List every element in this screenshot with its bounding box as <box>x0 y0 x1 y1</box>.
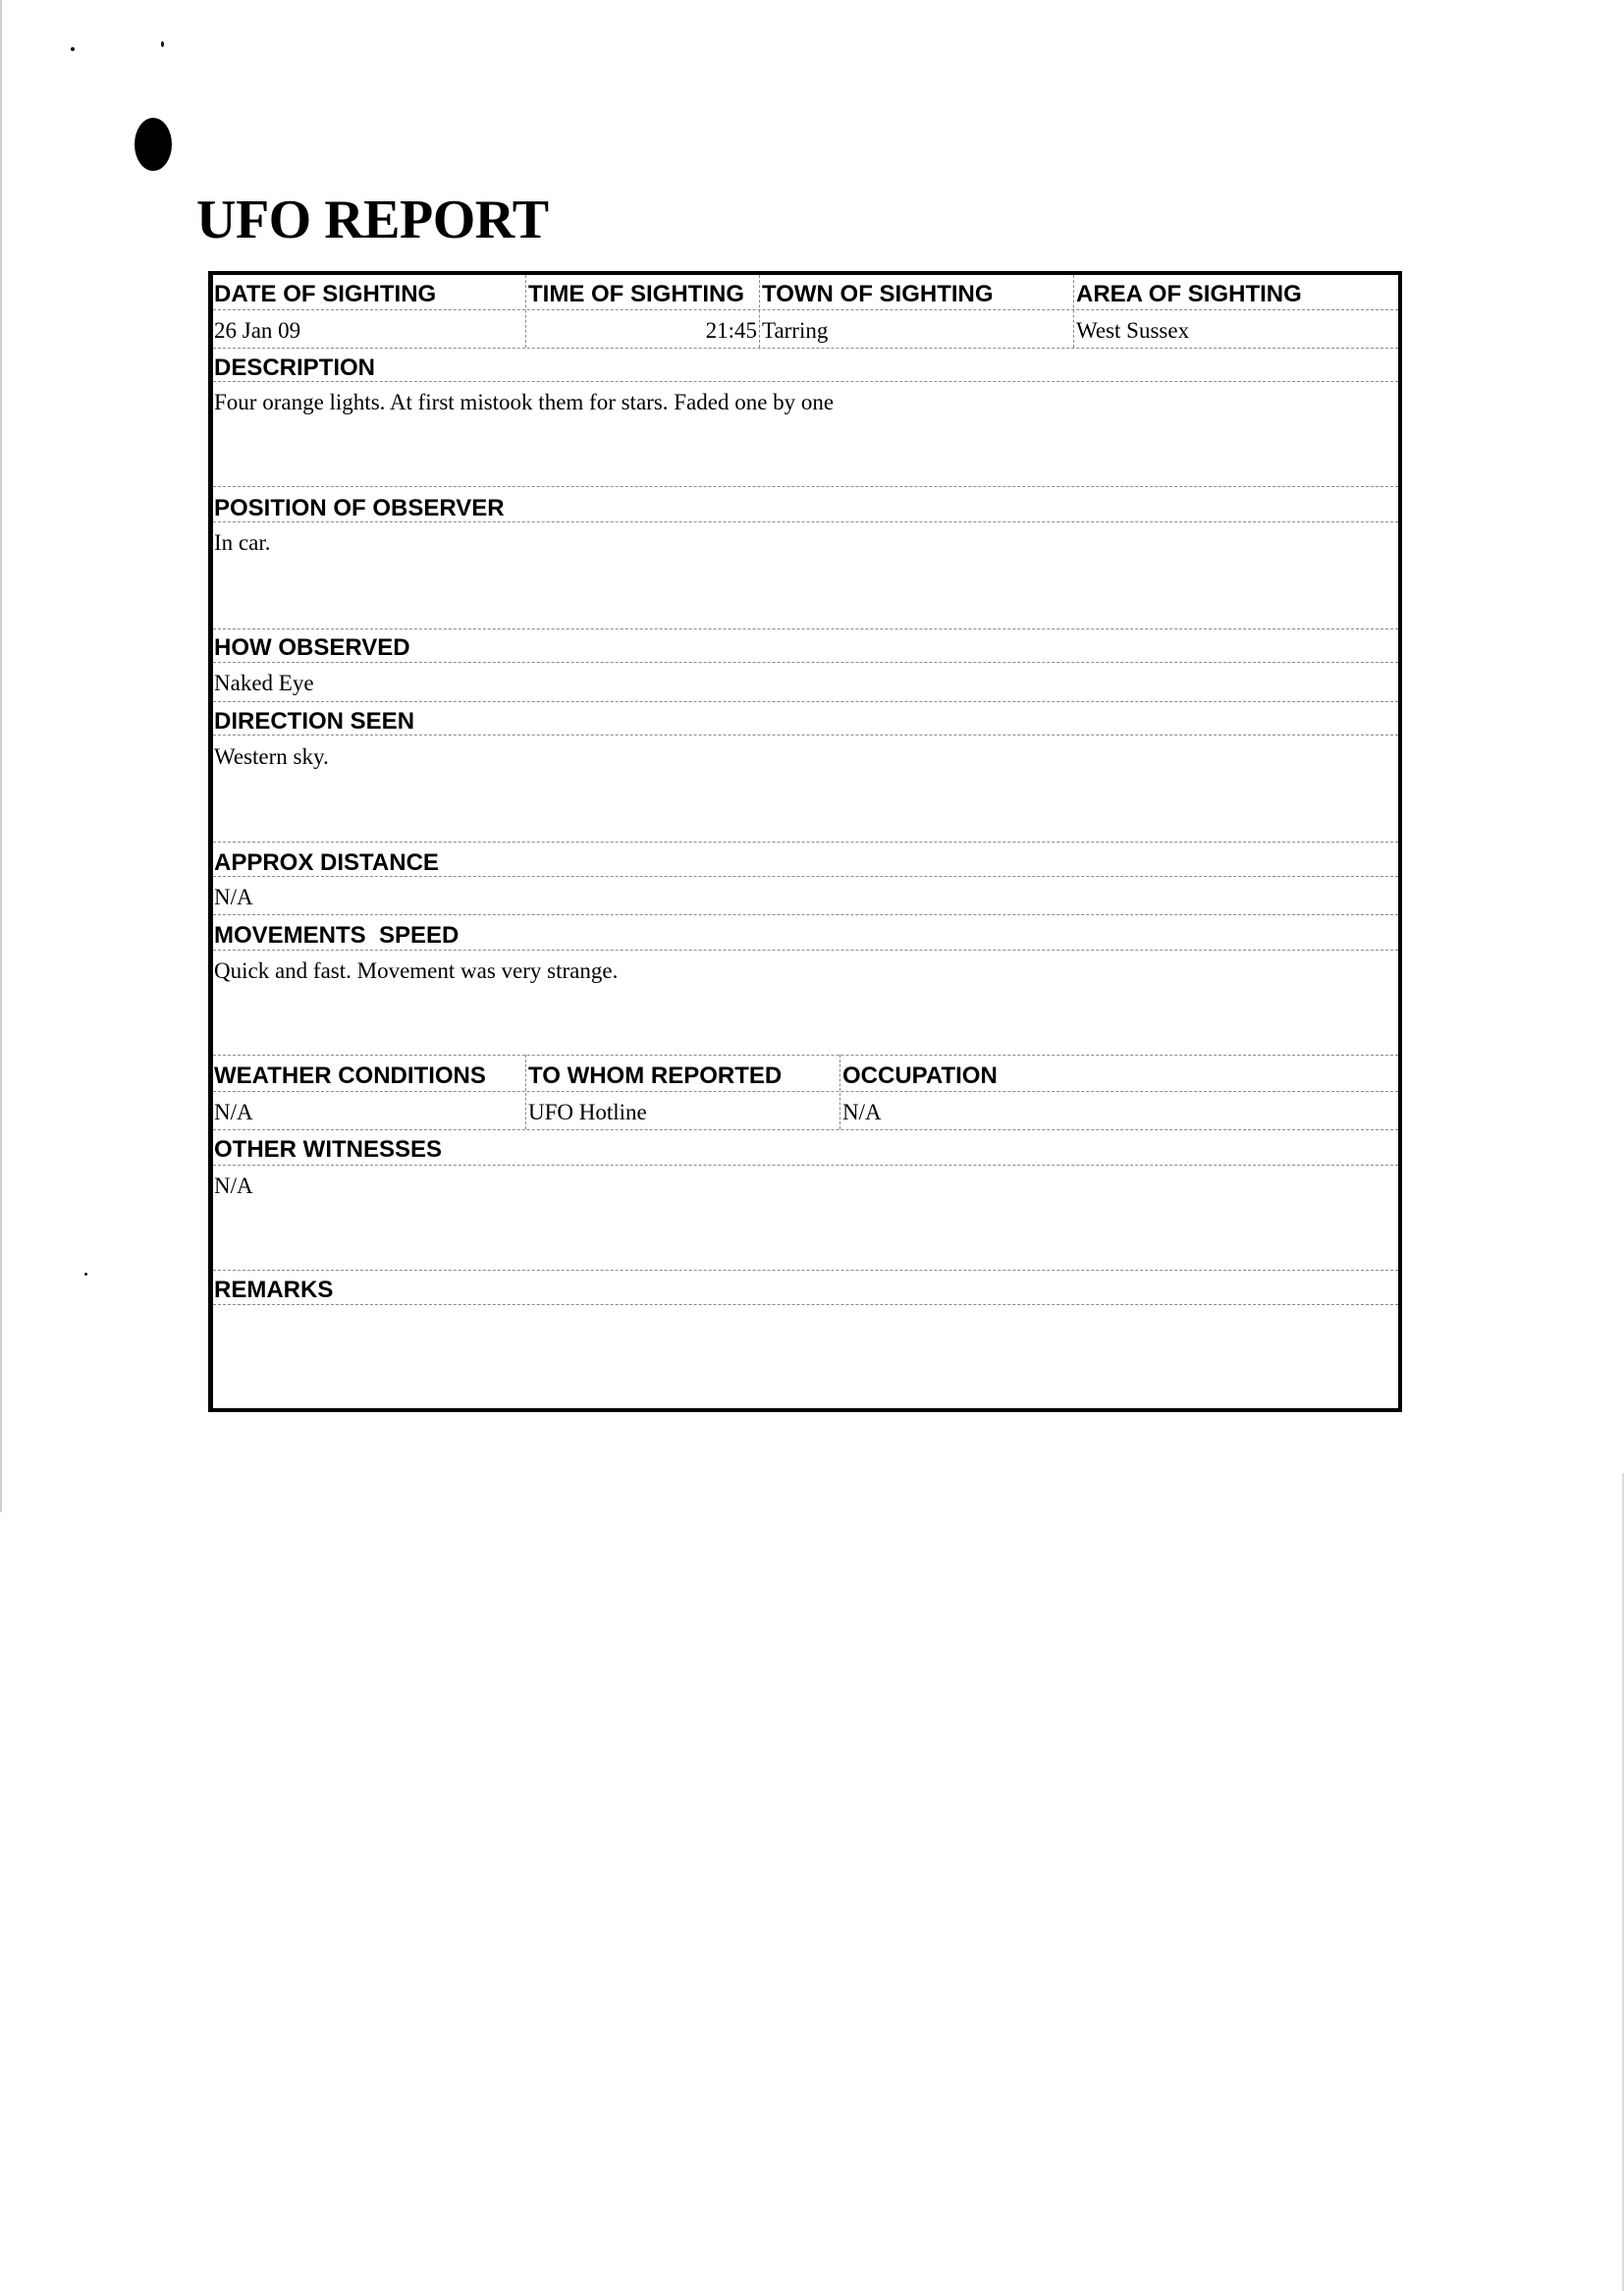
punch-hole-mark <box>135 118 172 171</box>
column-divider <box>759 275 760 348</box>
row-divider <box>213 628 1398 629</box>
date-of-sighting-label: DATE OF SIGHTING <box>214 283 436 306</box>
column-divider <box>525 275 526 348</box>
row-divider <box>213 1304 1398 1305</box>
to-whom-reported-label: TO WHOM REPORTED <box>528 1064 782 1088</box>
ufo-report-form: DATE OF SIGHTING TIME OF SIGHTING TOWN O… <box>208 271 1402 1412</box>
description-label: DESCRIPTION <box>214 356 375 380</box>
how-observed-label: HOW OBSERVED <box>214 636 410 660</box>
to-whom-reported-value: UFO Hotline <box>528 1101 647 1123</box>
scan-speck <box>84 1273 87 1276</box>
column-divider <box>839 1055 840 1129</box>
scan-speck <box>161 41 164 47</box>
row-divider <box>213 1165 1398 1166</box>
date-of-sighting-value: 26 Jan 09 <box>214 319 300 342</box>
position-of-observer-value: In car. <box>214 531 270 554</box>
row-divider <box>213 950 1398 951</box>
approx-distance-value: N/A <box>214 886 253 908</box>
row-divider <box>213 1129 1398 1130</box>
town-of-sighting-value: Tarring <box>762 319 828 342</box>
movements-speed-label: MOVEMENTS SPEED <box>214 924 459 948</box>
row-divider <box>213 486 1398 487</box>
direction-seen-label: DIRECTION SEEN <box>214 710 414 734</box>
approx-distance-label: APPROX DISTANCE <box>214 851 439 875</box>
description-value: Four orange lights. At first mistook the… <box>214 391 834 413</box>
row-divider <box>213 735 1398 736</box>
row-divider <box>213 381 1398 382</box>
occupation-label: OCCUPATION <box>842 1064 998 1088</box>
column-divider <box>525 1055 526 1129</box>
weather-conditions-label: WEATHER CONDITIONS <box>214 1064 486 1088</box>
area-of-sighting-value: West Sussex <box>1076 319 1189 342</box>
weather-conditions-value: N/A <box>214 1101 253 1123</box>
movements-speed-value: Quick and fast. Movement was very strang… <box>214 959 618 982</box>
scan-edge-left <box>0 0 2 1512</box>
position-of-observer-label: POSITION OF OBSERVER <box>214 497 505 520</box>
row-divider <box>213 876 1398 877</box>
town-of-sighting-label: TOWN OF SIGHTING <box>762 283 994 306</box>
row-divider <box>213 1270 1398 1271</box>
time-of-sighting-label: TIME OF SIGHTING <box>528 283 744 306</box>
how-observed-value: Naked Eye <box>214 672 314 694</box>
row-divider <box>213 842 1398 843</box>
row-divider <box>213 309 1398 310</box>
row-divider <box>213 662 1398 663</box>
time-of-sighting-value: 21:45 <box>527 319 757 342</box>
remarks-label: REMARKS <box>214 1279 333 1302</box>
report-title: UFO REPORT <box>196 192 549 247</box>
other-witnesses-value: N/A <box>214 1174 253 1197</box>
direction-seen-value: Western sky. <box>214 745 329 768</box>
column-divider <box>1073 275 1074 348</box>
row-divider <box>213 1091 1398 1092</box>
other-witnesses-label: OTHER WITNESSES <box>214 1138 442 1162</box>
row-divider <box>213 1055 1398 1056</box>
occupation-value: N/A <box>842 1101 882 1123</box>
row-divider <box>213 521 1398 522</box>
row-divider <box>213 701 1398 702</box>
row-divider <box>213 348 1398 349</box>
area-of-sighting-label: AREA OF SIGHTING <box>1076 283 1302 306</box>
scan-speck <box>71 47 75 51</box>
row-divider <box>213 914 1398 915</box>
